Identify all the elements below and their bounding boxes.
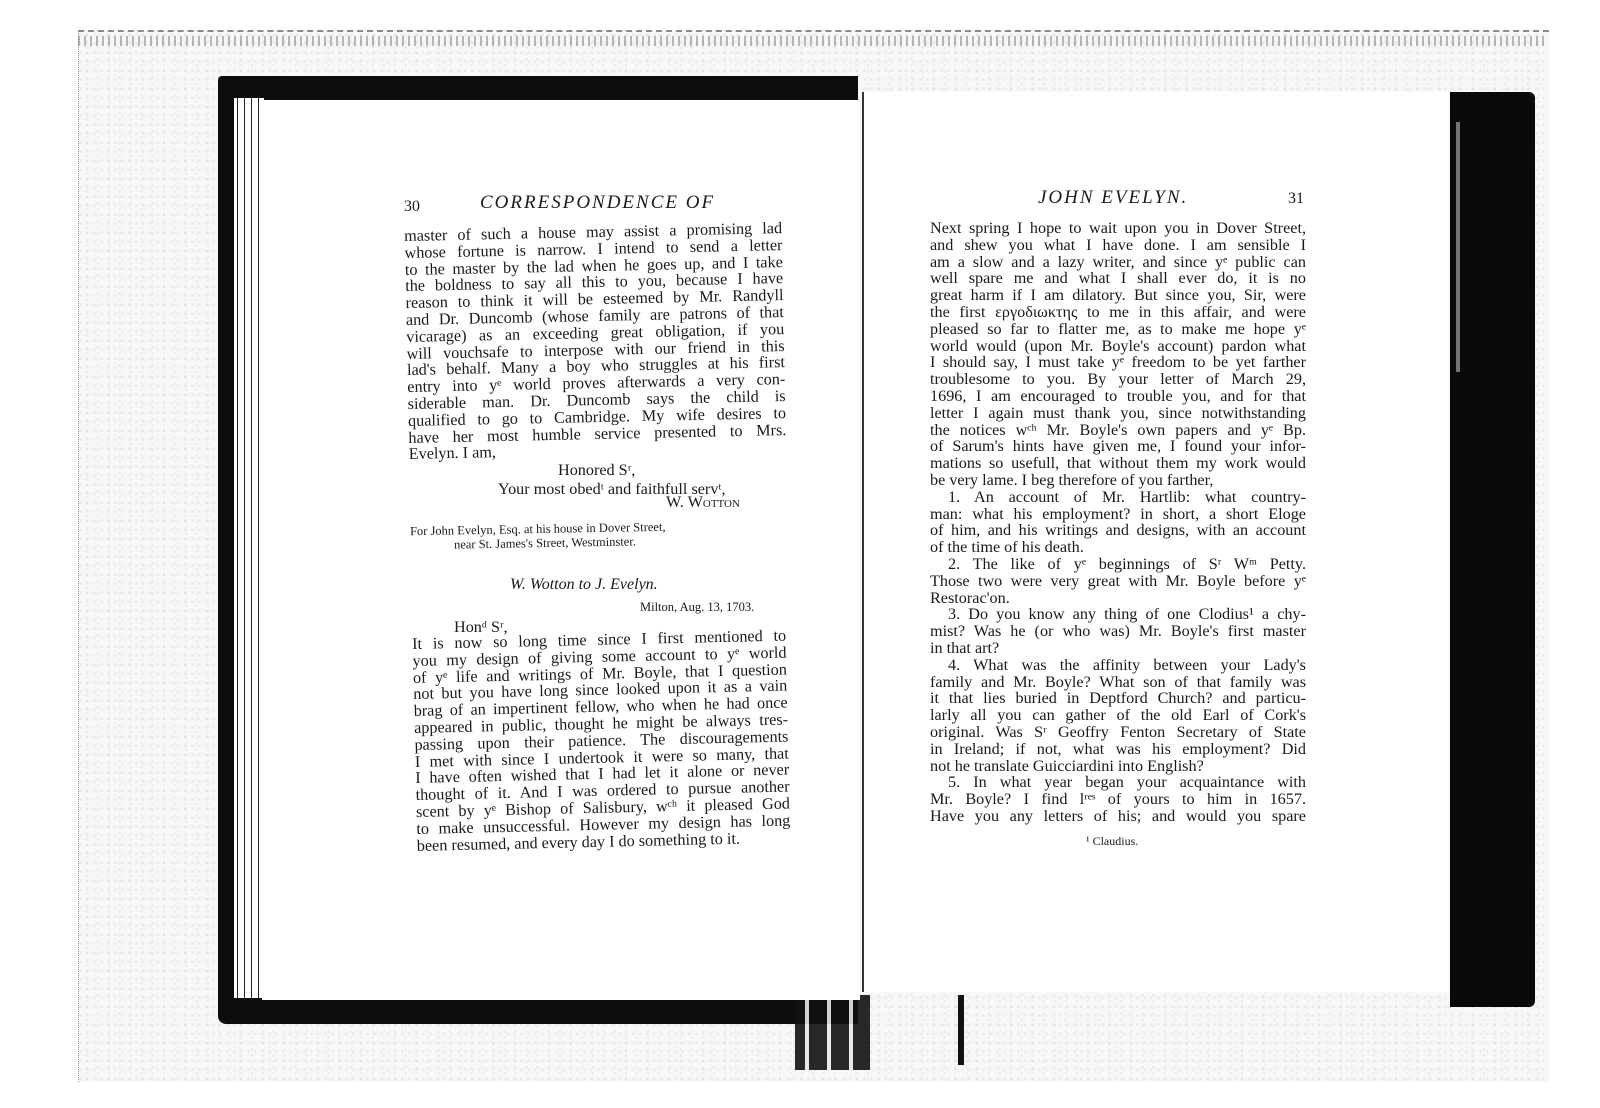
- text-line: 3. Do you know any thing of one Clodius¹…: [930, 606, 1306, 623]
- text-line: and shew you what I have done. I am sens…: [930, 237, 1306, 254]
- letter-body-text: It is now so long time since I first men…: [412, 628, 791, 855]
- text-line: 1696, I am encouraged to trouble you, an…: [930, 388, 1306, 405]
- text-line: the first εργοδιωκτης to me in this affa…: [930, 304, 1306, 321]
- text-line: in Ireland; if not, what was his employm…: [930, 741, 1306, 758]
- text-line: larly all you can gather of the old Earl…: [930, 707, 1306, 724]
- page-number: 31: [1288, 190, 1304, 208]
- page-edges-left: [234, 98, 264, 998]
- letter-continuation-text: master of such a house may assist a prom…: [404, 220, 787, 463]
- text-line: Restorac'on.: [930, 590, 1306, 607]
- text-line: pleased so far to flatter me, as to make…: [930, 321, 1306, 338]
- letter-title: W. Wotton to J. Evelyn.: [510, 576, 658, 594]
- text-line: 1. An account of Mr. Hartlib: what count…: [930, 489, 1306, 506]
- left-page: 30 CORRESPONDENCE OF master of such a ho…: [262, 100, 860, 1000]
- text-line: original. Was Sʳ Geoffry Fenton Secretar…: [930, 724, 1306, 741]
- closing-line-1: Honored Sʳ,: [558, 462, 635, 479]
- page-number: 30: [404, 198, 420, 216]
- text-line: the notices wᶜʰ Mr. Boyle's own papers a…: [930, 422, 1306, 439]
- text-line: Next spring I hope to wait upon you in D…: [930, 220, 1306, 237]
- text-line: 2. The like of yᵉ beginnings of Sʳ Wᵐ Pe…: [930, 556, 1306, 573]
- right-page: JOHN EVELYN. 31 Next spring I hope to wa…: [862, 92, 1449, 992]
- text-line: Mr. Boyle? I find lʳᵉˢ of yours to him i…: [930, 791, 1306, 808]
- text-line: am a slow and a lazy writer, and since y…: [930, 254, 1306, 271]
- text-line: world would (upon Mr. Boyle's account) p…: [930, 338, 1306, 355]
- text-line: of him, and his writings and designs, wi…: [930, 522, 1306, 539]
- running-head: JOHN EVELYN.: [1038, 187, 1188, 209]
- text-line: of Sarum's hints have given me, I found …: [930, 438, 1306, 455]
- text-line: I should say, I must take yᵉ freedom to …: [930, 354, 1306, 371]
- text-line: mist? Was he (or who was) Mr. Boyle's fi…: [930, 623, 1306, 640]
- text-line: 4. What was the affinity between your La…: [930, 657, 1306, 674]
- footnote: ¹ Claudius.: [1086, 834, 1138, 849]
- text-line: letter I again must thank you, since not…: [930, 405, 1306, 422]
- address-line-2: near St. James's Street, Westminster.: [454, 534, 636, 552]
- text-line: troublesome to you. By your letter of Ma…: [930, 371, 1306, 388]
- text-line: 5. In what year began your acquaintance …: [930, 774, 1306, 791]
- text-line: it that lies buried in Deptford Church? …: [930, 690, 1306, 707]
- running-head: CORRESPONDENCE OF: [480, 192, 715, 214]
- text-line: of the time of his death.: [930, 539, 1306, 556]
- text-line: great harm if I am dilatory. But since y…: [930, 287, 1306, 304]
- book-spine-bottom: [795, 995, 870, 1070]
- letter-body-text: Next spring I hope to wait upon you in D…: [930, 220, 1306, 825]
- text-line: family and Mr. Boyle? What son of that f…: [930, 674, 1306, 691]
- text-line: be very lame. I beg therefore of you far…: [930, 472, 1306, 489]
- text-line: mations so usefull, that without them my…: [930, 455, 1306, 472]
- text-line: man: what his employment? in short, a sh…: [930, 506, 1306, 523]
- book-spine-mark: [958, 995, 964, 1065]
- letter-dateline: Milton, Aug. 13, 1703.: [640, 600, 754, 615]
- text-line: well spare me and what I shall ever do, …: [930, 270, 1306, 287]
- book-cover-right-edge: [1450, 92, 1535, 1007]
- text-line: Those two were very great with Mr. Boyle…: [930, 573, 1306, 590]
- text-line: in that art?: [930, 640, 1306, 657]
- text-line: Have you any letters of his; and would y…: [930, 808, 1306, 825]
- scan-edge-band: [78, 36, 1548, 46]
- signature: W. Wotton: [666, 494, 740, 511]
- text-line: not he translate Guicciardini into Engli…: [930, 758, 1306, 775]
